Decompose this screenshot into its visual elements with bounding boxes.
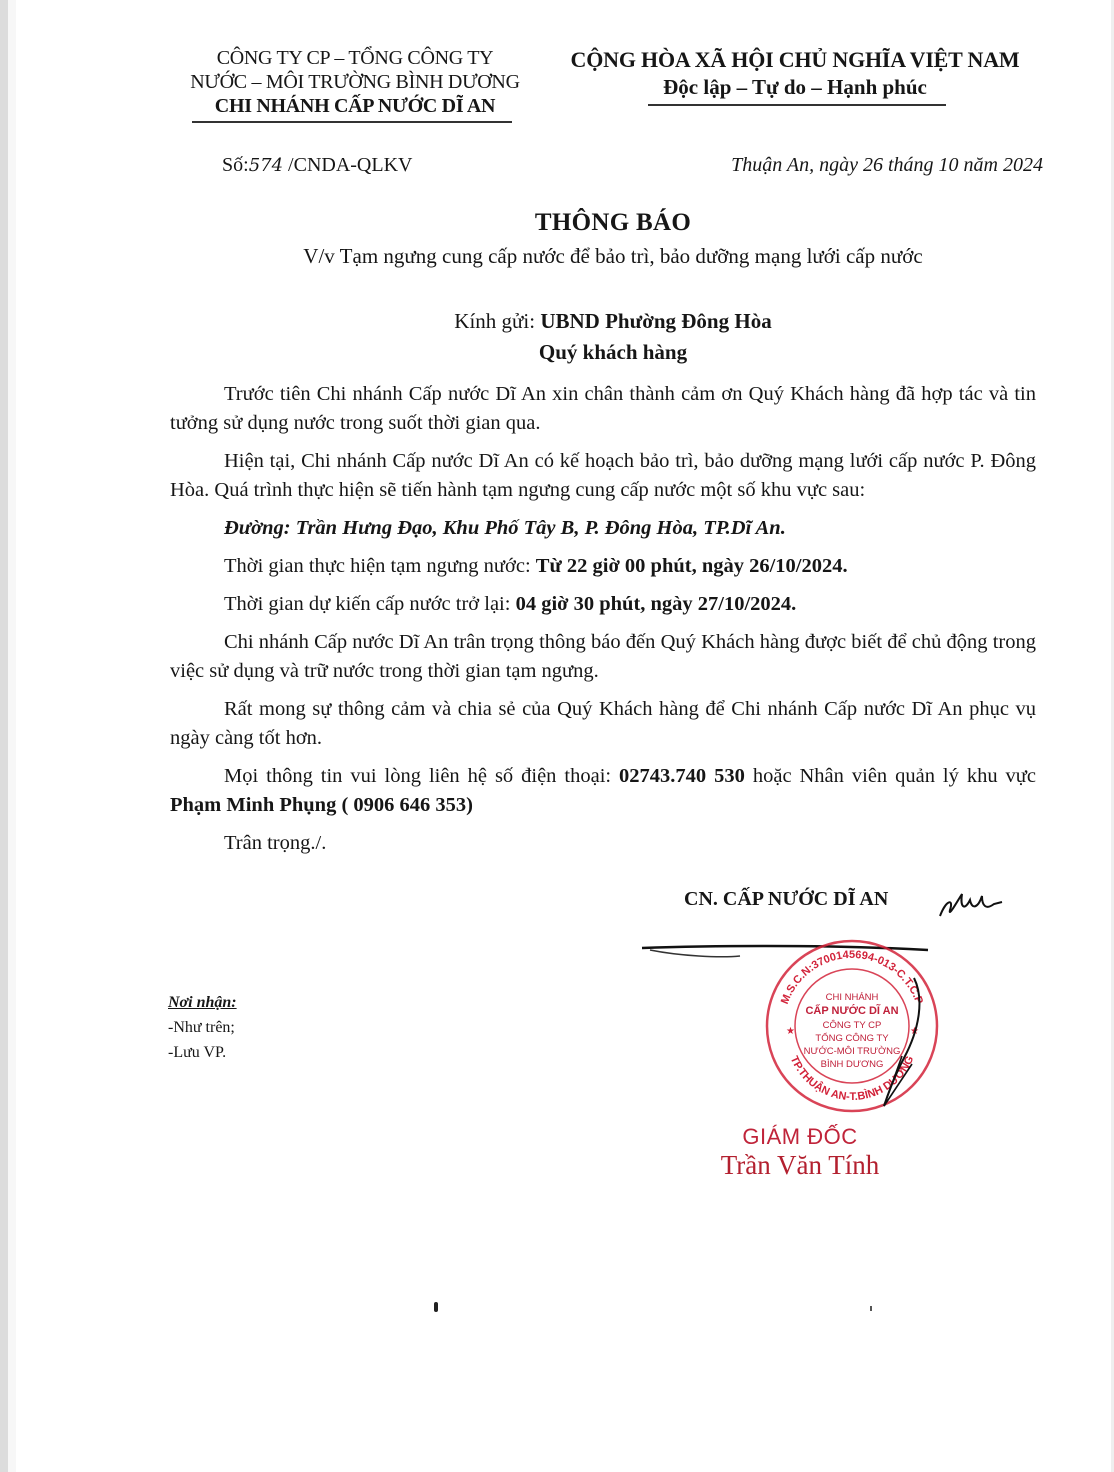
recipients: Nơi nhận: -Như trên; -Lưu VP. [168,990,237,1065]
org-branch-name: CHI NHÁNH CẤP NƯỚC DĨ AN [160,94,550,118]
stamp-line: CẤP NƯỚC DĨ AN [805,1004,898,1017]
org-line-2: NƯỚC – MÔI TRƯỜNG BÌNH DƯƠNG [160,70,550,94]
doc-number-suffix: /CNDA-QLKV [283,154,412,176]
motto-underline [648,104,946,106]
stop-time-label: Thời gian thực hiện tạm ngưng nước: [224,555,536,577]
stamp-line: BÌNH DƯƠNG [821,1059,884,1070]
issuing-organization: CÔNG TY CP – TỔNG CÔNG TY NƯỚC – MÔI TRƯ… [160,46,550,118]
addressee-label: Kính gửi: [454,309,540,333]
doc-number-prefix: Số: [222,154,249,176]
recipient-item: -Như trên; [168,1015,237,1040]
addressee-2: Quý khách hàng [539,340,687,364]
doc-number-handwritten: 574 [249,155,283,176]
document-title: THÔNG BÁO [160,209,1066,237]
initials-signature-icon [936,890,1006,922]
stamp-line: CÔNG TY CP [823,1020,882,1031]
recipients-header: Nơi nhận: [168,990,237,1015]
document-number: Số:574 /CNDA-QLKV [222,154,412,177]
paragraph-plan: Hiện tại, Chi nhánh Cấp nước Dĩ An có kế… [170,447,1036,505]
addressee-1: UBND Phường Đông Hòa [540,309,771,333]
stop-time: Thời gian thực hiện tạm ngưng nước: Từ 2… [170,552,1036,581]
stamp-line: CHI NHÁNH [826,992,879,1003]
document-body: Trước tiên Chi nhánh Cấp nước Dĩ An xin … [170,380,1036,867]
org-line-1: CÔNG TY CP – TỔNG CÔNG TY [160,46,550,70]
scan-speck [434,1302,438,1312]
stop-time-value: Từ 22 giờ 00 phút, ngày 26/10/2024. [536,555,848,577]
signer-title: GIÁM ĐỐC [690,1124,910,1150]
page-edge-shade [8,0,16,1472]
nation-name: CỘNG HÒA XÃ HỘI CHỦ NGHĨA VIỆT NAM [552,46,1038,74]
paragraph-notice: Chi nhánh Cấp nước Dĩ An trân trọng thôn… [170,628,1036,686]
scan-speck [870,1306,872,1311]
national-heading: CỘNG HÒA XÃ HỘI CHỦ NGHĨA VIỆT NAM Độc l… [552,46,1038,101]
affected-address: Đường: Trần Hưng Đạo, Khu Phố Tây B, P. … [170,514,1036,543]
org-underline [192,121,512,123]
stamp-line: TỔNG CÔNG TY [815,1032,889,1044]
dateline: Thuận An, ngày 26 tháng 10 năm 2024 [600,154,1043,177]
contact-mid: hoặc Nhân viên quản lý khu vực [745,765,1036,787]
resume-time-value: 04 giờ 30 phút, ngày 27/10/2024. [516,593,797,615]
recipient-item: -Lưu VP. [168,1040,237,1065]
signer-name: Trần Văn Tính [690,1150,910,1181]
paragraph-apology: Rất mong sự thông cảm và chia sẻ của Quý… [170,695,1036,753]
paragraph-contact: Mọi thông tin vui lòng liên hệ số điện t… [170,762,1036,820]
paragraph-thanks: Trước tiên Chi nhánh Cấp nước Dĩ An xin … [170,380,1036,438]
document-subject: V/v Tạm ngưng cung cấp nước để bảo trì, … [160,244,1066,269]
nation-motto: Độc lập – Tự do – Hạnh phúc [552,74,1038,101]
svg-text:★: ★ [786,1026,795,1037]
resume-time-label: Thời gian dự kiến cấp nước trở lại: [224,593,516,615]
addressees: Kính gửi: UBND Phường Đông Hòa Quý khách… [160,306,1066,368]
signer-unit: CN. CẤP NƯỚC DĨ AN [684,888,888,911]
contact-intro: Mọi thông tin vui lòng liên hệ số điện t… [224,765,619,787]
page-edge-left [0,0,8,1472]
contact-phone: 02743.740 530 [619,765,745,787]
stamp-line: NƯỚC-MÔI TRƯỜNG [804,1046,901,1057]
closing: Trân trọng./. [170,829,1036,858]
resume-time: Thời gian dự kiến cấp nước trở lại: 04 g… [170,590,1036,619]
official-seal-stamp: M.S.C.N:3700145694-013-C.T.C.P TP.THUẬN … [764,938,940,1114]
contact-person: Phạm Minh Phụng ( 0906 646 353) [170,794,473,816]
